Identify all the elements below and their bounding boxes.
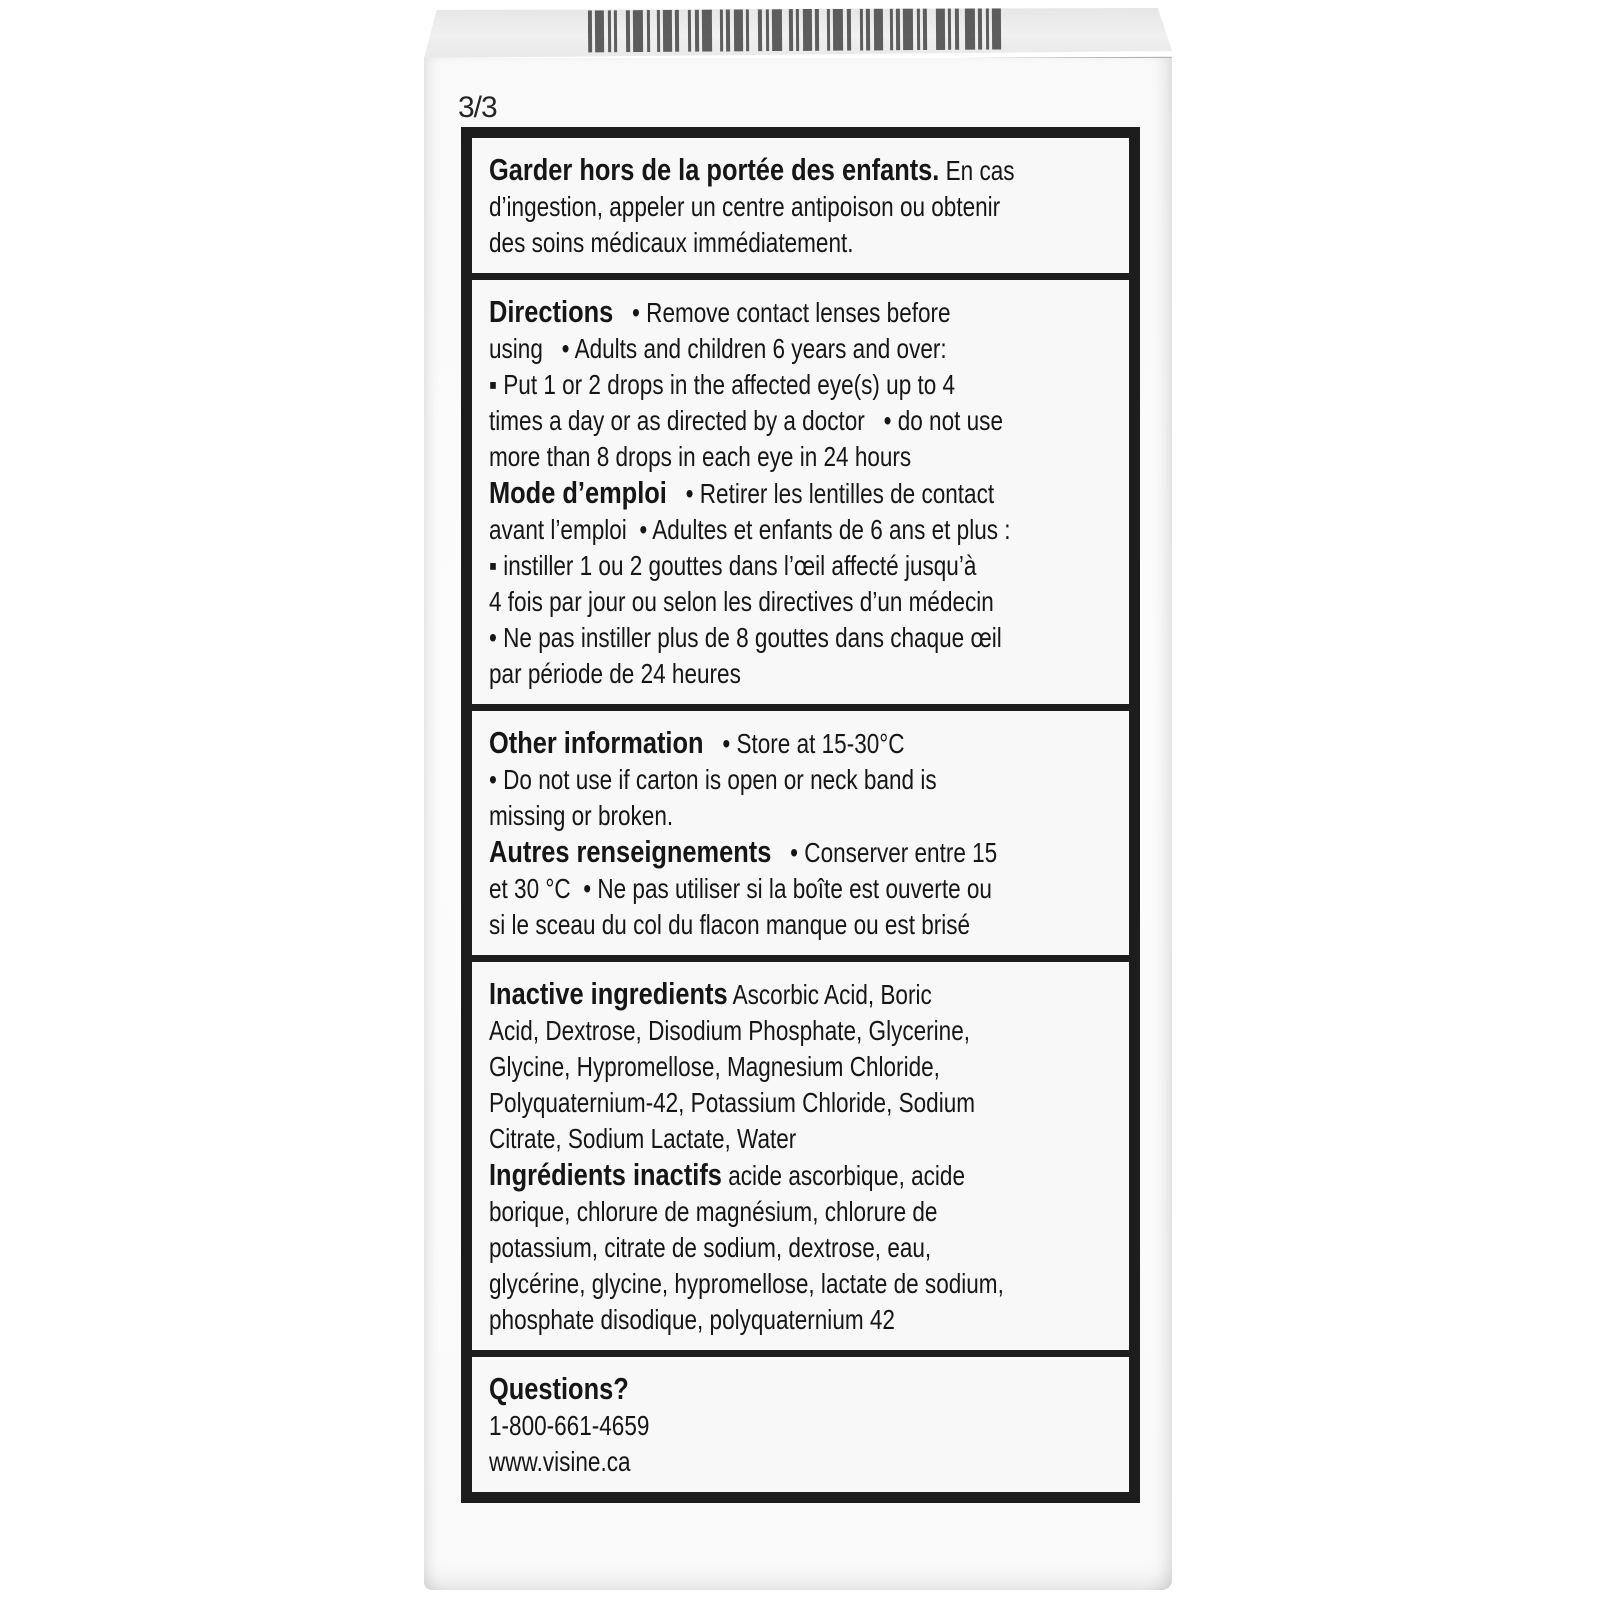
section-text-block: Questions? 1-800-661-4659 www.visine.ca — [489, 1371, 1120, 1480]
section-text-block: Inactive ingredients Ascorbic Acid, Bori… — [489, 976, 1120, 1338]
section-heading: Directions — [489, 294, 613, 329]
section-inactive-ingredients: Inactive ingredients Ascorbic Acid, Bori… — [472, 962, 1129, 1350]
barcode-bar — [978, 8, 982, 50]
barcode-bar — [796, 9, 799, 51]
barcode-bar — [695, 10, 699, 52]
barcode-bar — [588, 10, 592, 52]
barcode-bar — [608, 10, 611, 52]
section-heading: Ingrédients inactifs — [489, 1157, 722, 1192]
barcode-bar — [626, 10, 630, 52]
page-indicator: 3/3 — [458, 91, 497, 125]
barcode-bar — [758, 9, 762, 51]
box-top-flap — [424, 8, 1172, 58]
barcode-bar — [633, 10, 643, 52]
product-photo: 3/3 Garder hors de la portée des enfants… — [0, 0, 1600, 1600]
barcode-bar — [720, 10, 723, 52]
barcode-bar — [896, 8, 900, 50]
barcode-bar — [595, 10, 604, 52]
barcode-bar — [965, 8, 975, 50]
barcode-bar — [647, 10, 650, 52]
section-text-block: Directions • Remove contact lenses befor… — [489, 294, 1120, 692]
barcode-bar — [923, 8, 927, 50]
barcode-bar — [948, 8, 951, 50]
barcode-bar — [866, 8, 870, 50]
barcode-bar — [663, 10, 672, 52]
product-box: 3/3 Garder hors de la portée des enfants… — [424, 8, 1172, 1590]
barcode-bar — [874, 8, 883, 50]
barcode-bar — [833, 9, 843, 51]
section-divider — [472, 1350, 1129, 1357]
barcode-bar — [815, 9, 819, 51]
barcode-bar — [847, 9, 851, 51]
barcode-bar — [936, 8, 945, 50]
section-divider — [472, 955, 1129, 962]
barcode-bar — [657, 10, 660, 52]
barcode-bar — [688, 10, 691, 52]
barcode-bar — [992, 8, 1001, 50]
section-text: 1-800-661-4659 www.visine.ca — [489, 1410, 649, 1477]
barcode-bar — [614, 10, 617, 52]
barcode-bar — [766, 9, 769, 51]
section-heading: Autres renseignements — [489, 834, 771, 869]
barcode-bar — [726, 9, 730, 51]
section-other-information: Other information • Store at 15-30°C • D… — [472, 711, 1129, 955]
barcode-bar — [903, 8, 913, 50]
barcode-bar — [789, 9, 793, 51]
barcode — [588, 8, 1002, 53]
barcode-bar — [772, 9, 782, 51]
barcode-bar — [675, 10, 679, 52]
section-questions: Questions? 1-800-661-4659 www.visine.ca — [472, 1357, 1129, 1492]
section-heading: Mode d’emploi — [489, 475, 667, 510]
section-divider — [472, 273, 1129, 280]
box-back-face: 3/3 Garder hors de la portée des enfants… — [424, 58, 1172, 1590]
barcode-bar — [986, 8, 989, 50]
barcode-bar — [955, 8, 959, 50]
section-divider — [472, 704, 1129, 711]
barcode-bar — [746, 9, 749, 51]
barcode-bar — [803, 9, 812, 51]
section-heading: Other information — [489, 725, 704, 760]
section-heading: Garder hors de la portée des enfants. — [489, 152, 939, 187]
barcode-bar — [917, 8, 920, 50]
section-heading: Inactive ingredients — [489, 976, 728, 1011]
section-text-block: Other information • Store at 15-30°C • D… — [489, 725, 1120, 943]
section-heading: Questions? — [489, 1371, 629, 1406]
barcode-bar — [734, 9, 743, 51]
barcode-bar — [890, 8, 893, 50]
barcode-bar — [702, 10, 712, 52]
barcode-bar — [860, 9, 863, 51]
section-text-block: Garder hors de la portée des enfants. En… — [489, 152, 1120, 261]
drug-facts-panel: Garder hors de la portée des enfants. En… — [461, 127, 1140, 1503]
section-keep-out-of-reach: Garder hors de la portée des enfants. En… — [472, 138, 1129, 273]
barcode-bar — [827, 9, 830, 51]
section-directions: Directions • Remove contact lenses befor… — [472, 280, 1129, 704]
